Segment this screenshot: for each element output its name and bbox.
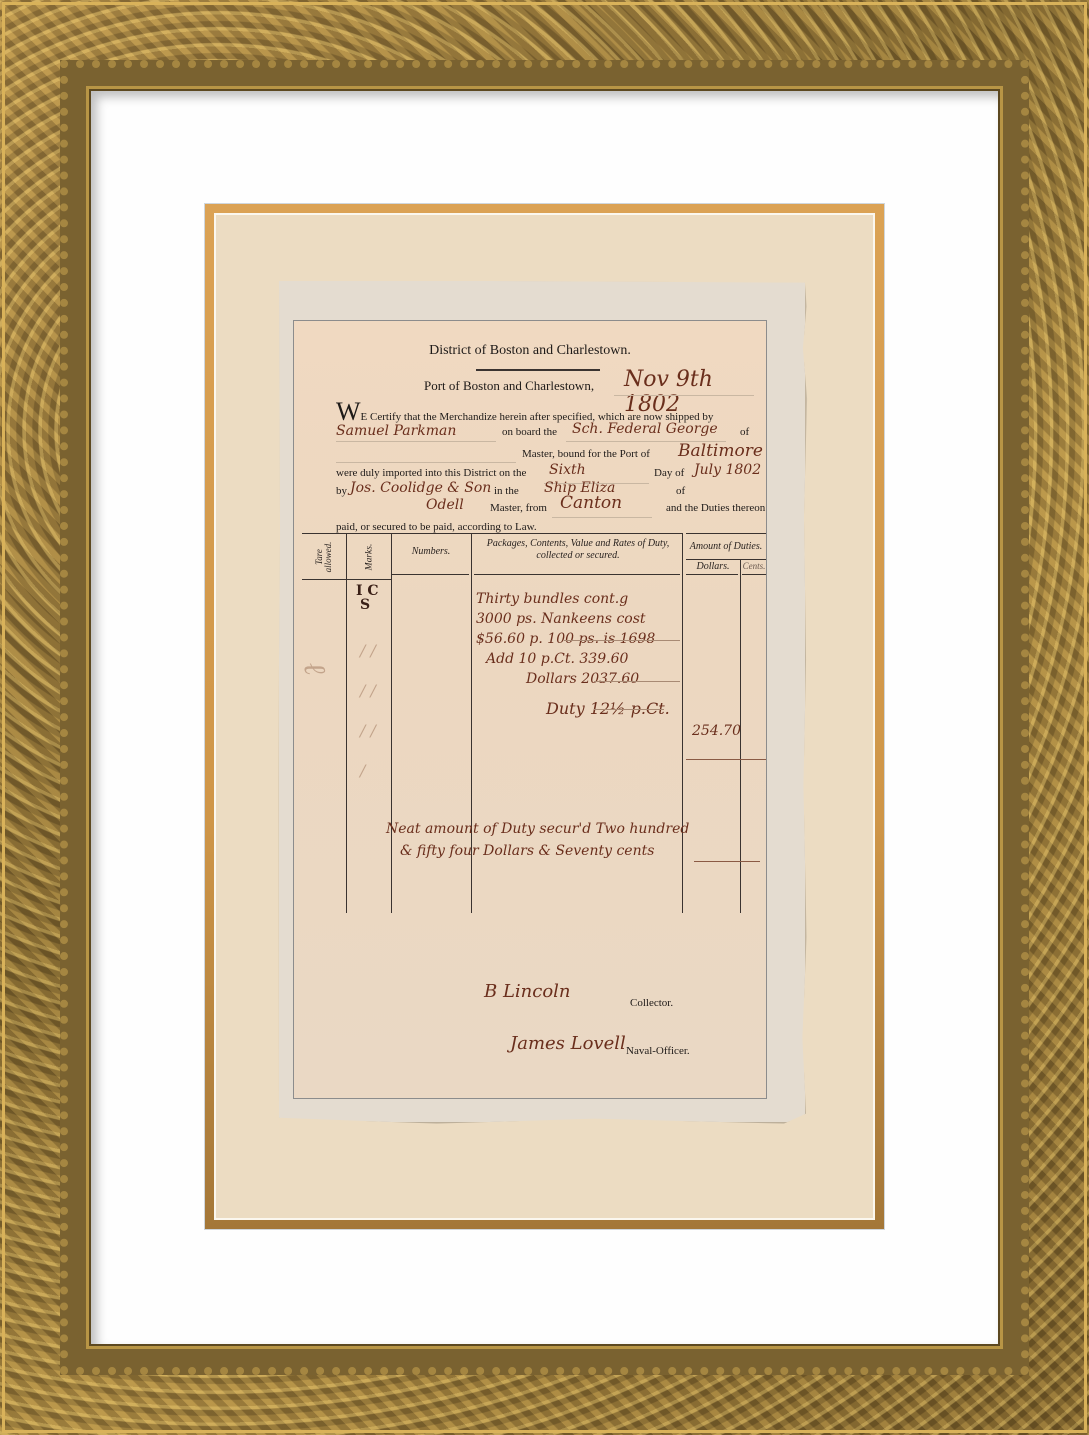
by-label: by	[336, 485, 347, 497]
duty-amount: 254.70	[692, 723, 741, 739]
of-label-2: of	[676, 485, 685, 497]
entry-list: Thirty bundles cont.g 3000 ps. Nankeens …	[476, 589, 670, 719]
district-heading: District of Boston and Charlestown.	[294, 343, 766, 359]
day-of-label: Day of	[654, 467, 684, 479]
entry-line: 3000 ps. Nankeens cost	[476, 609, 670, 629]
master-bound-label: Master, bound for the Port of	[522, 448, 650, 460]
customs-certificate: District of Boston and Charlestown. Port…	[293, 320, 767, 1099]
heading-rule	[476, 369, 600, 371]
drop-cap: W	[336, 397, 361, 426]
entry-line: Dollars 2037.60	[476, 669, 670, 689]
packages-header: Packages, Contents, Value and Rates of D…	[478, 538, 678, 562]
naval-officer-label: Naval-Officer.	[626, 1045, 690, 1057]
naval-officer-signature: James Lovell	[510, 1033, 626, 1054]
entry-line: Add 10 p.Ct. 339.60	[476, 649, 670, 669]
on-board-label: on board the	[502, 426, 557, 438]
shipper-name: Samuel Parkman	[336, 423, 456, 439]
marks-value-bottom: S	[360, 597, 370, 613]
vessel-name: Sch. Federal George	[572, 421, 718, 437]
paid-label: paid, or secured to be paid, according t…	[336, 521, 537, 533]
destination-port: Baltimore	[678, 441, 763, 461]
tare-header: Tare allowed.	[315, 537, 333, 577]
numbers-header: Numbers.	[392, 546, 470, 557]
imported-label: were duly imported into this District on…	[336, 467, 526, 479]
marks-header: Marks.	[364, 544, 374, 571]
neat-amount-line-2: & fifty four Dollars & Seventy cents	[400, 843, 654, 859]
entry-line: $56.60 p. 100 ps. is 1698	[476, 629, 670, 649]
neat-amount-line-1: Neat amount of Duty secur'd Two hundred	[386, 821, 689, 837]
cents-header: Cents.	[740, 561, 768, 571]
collector-label: Collector.	[630, 997, 673, 1009]
collector-signature: B Lincoln	[484, 981, 571, 1002]
import-day: Sixth	[549, 462, 586, 478]
of-label: of	[740, 426, 749, 438]
master-from-label: Master, from	[490, 502, 547, 514]
in-the-label: in the	[494, 485, 519, 497]
import-master: Odell	[426, 497, 464, 513]
dollars-header: Dollars.	[686, 561, 740, 572]
amount-header: Amount of Duties.	[686, 541, 766, 552]
entry-line: Thirty bundles cont.g	[476, 589, 670, 609]
importer-name: Jos. Coolidge & Son	[350, 480, 491, 496]
origin-port: Canton	[560, 493, 622, 513]
duties-label: and the Duties thereon	[666, 502, 765, 514]
import-month-year: July 1802	[694, 462, 761, 478]
port-label: Port of Boston and Charlestown,	[424, 378, 594, 394]
